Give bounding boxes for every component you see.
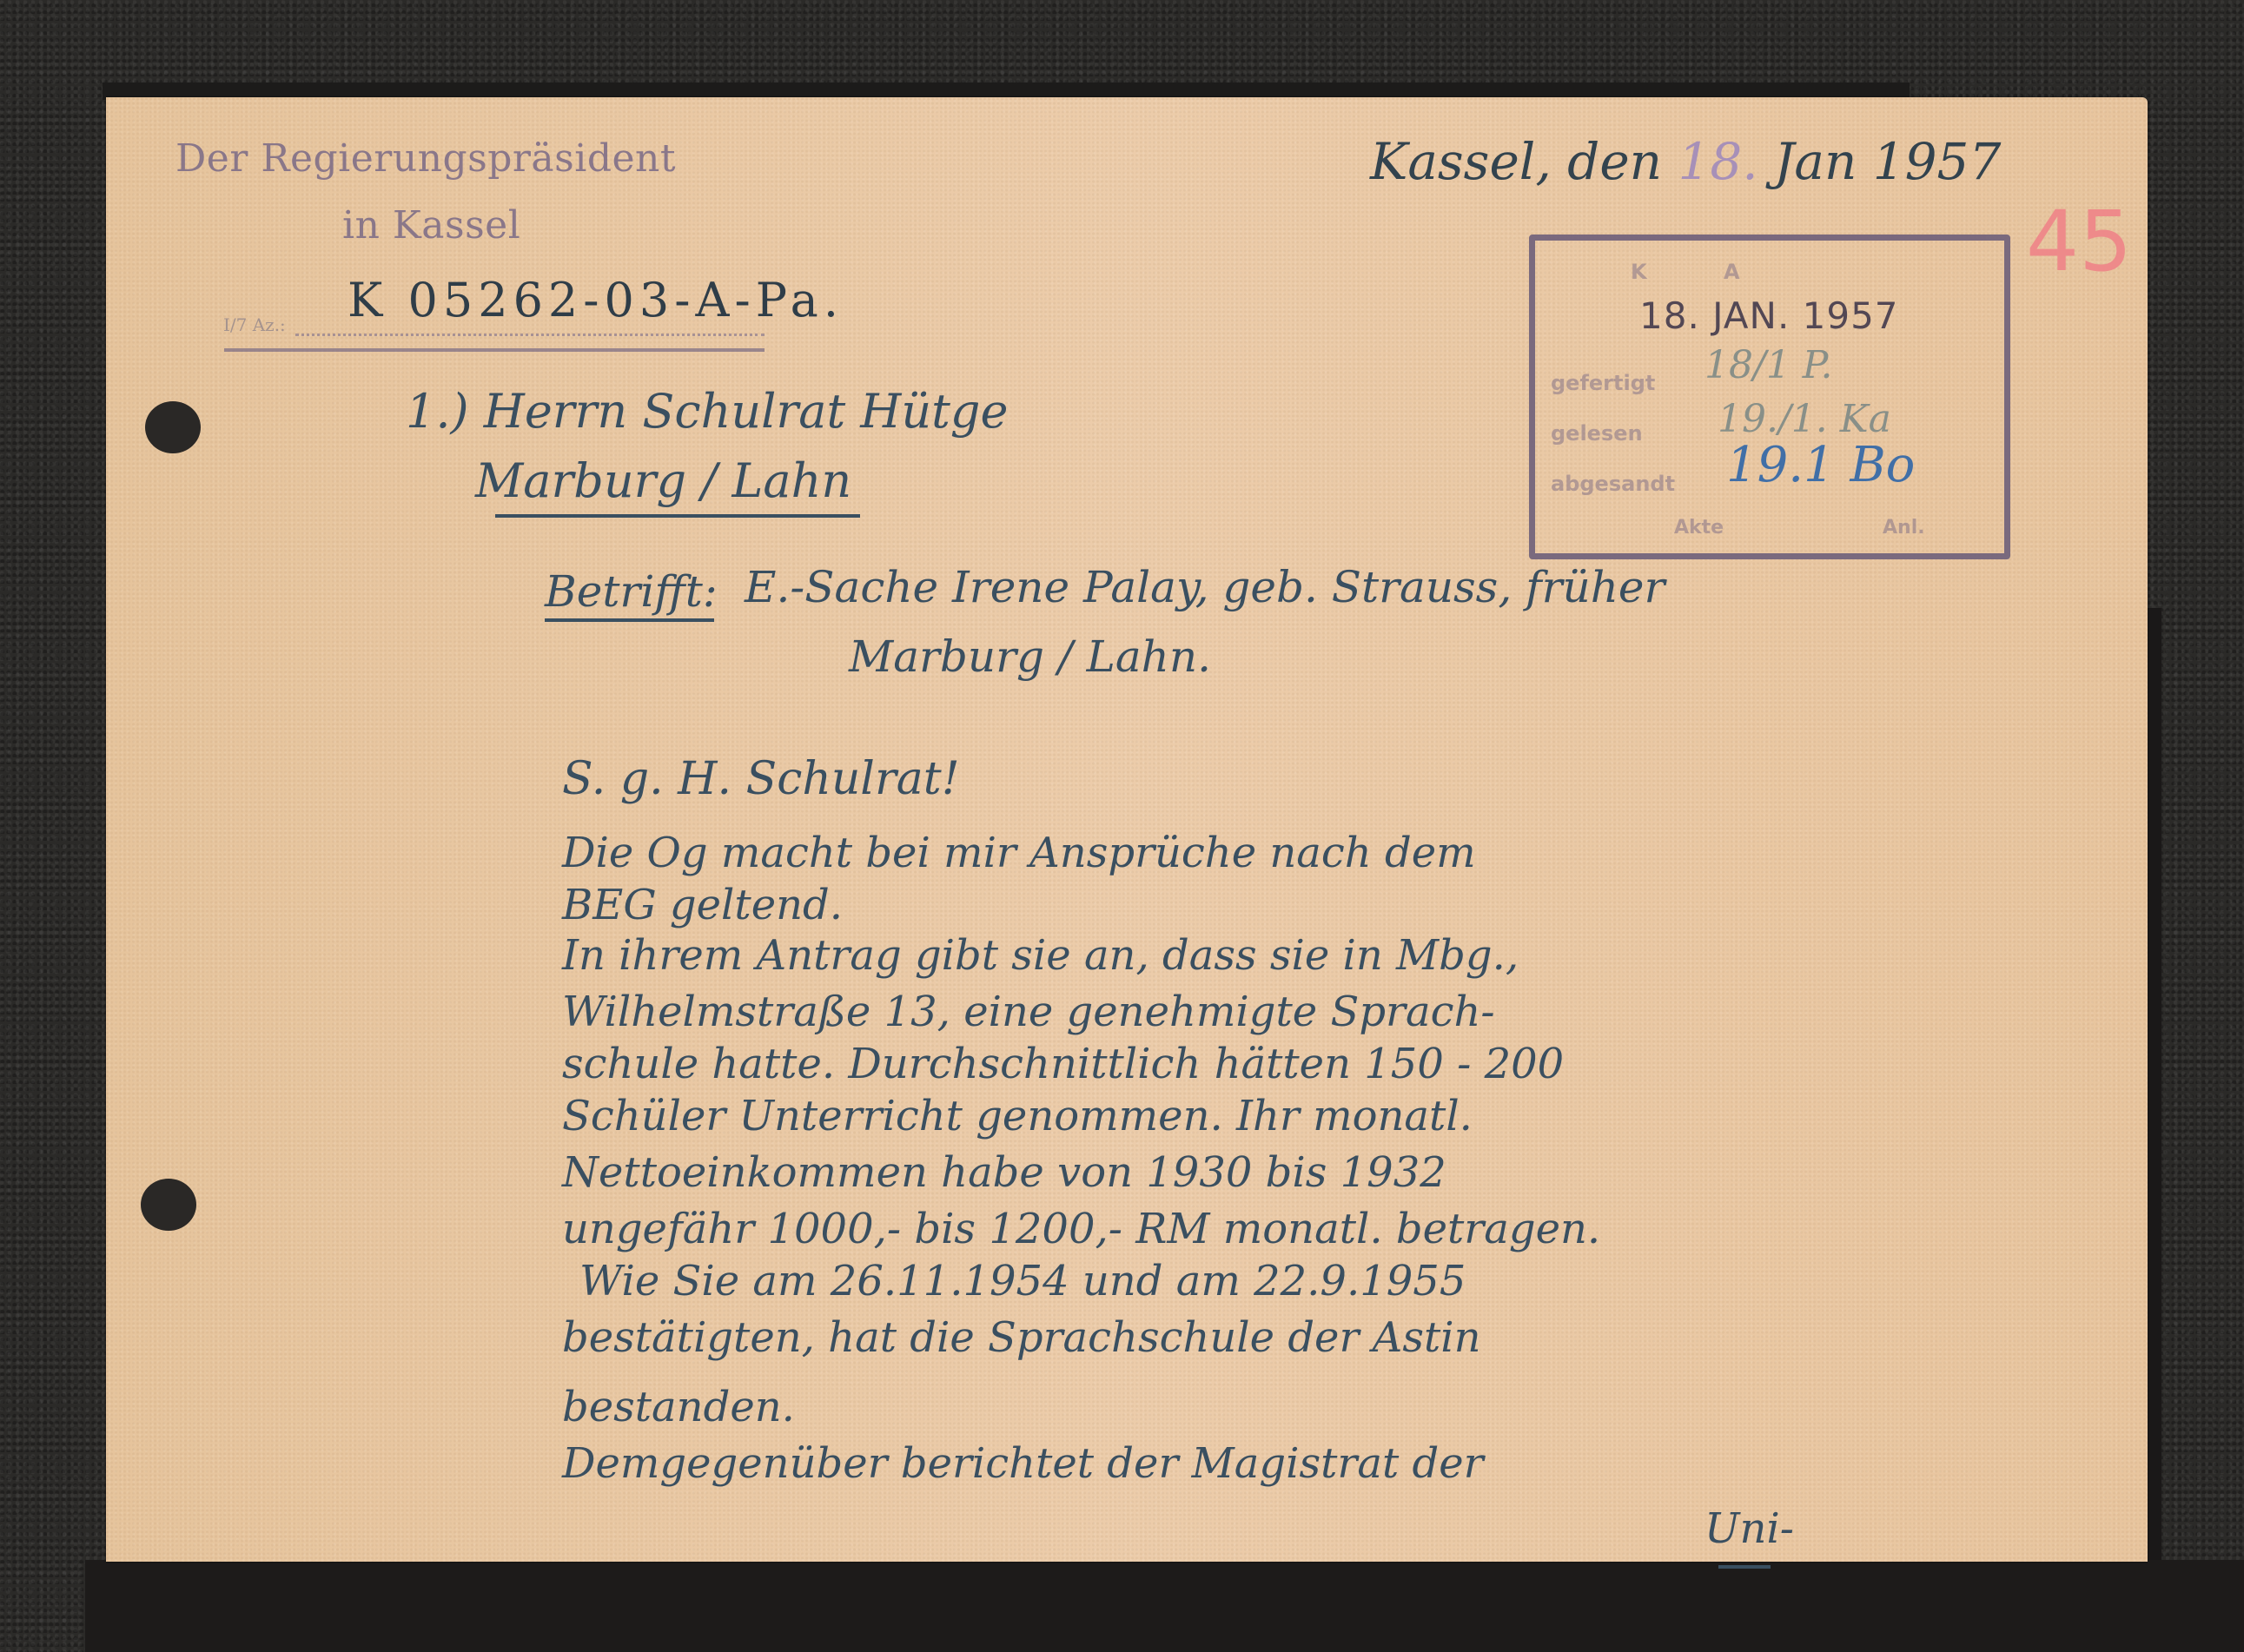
date-month-year: Jan 1957 <box>1774 132 2001 191</box>
receipt-field-value-2: 19./1. Ka <box>1718 397 1891 441</box>
place-date: Kassel, den 18. Jan 1957 <box>1370 132 2001 191</box>
body-line-10: bestätigten, hat die Sprachschule der As… <box>562 1313 1481 1362</box>
body-line-9: Wie Sie am 26.11.1954 und am 22.9.1955 <box>579 1257 1466 1305</box>
receipt-stamp-header: K A <box>1631 260 1775 284</box>
recipient-line-2: Marburg / Lahn <box>475 453 851 508</box>
punch-hole-bottom <box>141 1179 196 1231</box>
receipt-field-label-1: gefertigt <box>1551 371 1655 395</box>
subject-line-2: Marburg / Lahn. <box>849 631 1211 682</box>
punch-hole-top <box>145 401 201 453</box>
subject-label: Betrifft: <box>545 566 718 617</box>
subject-underline <box>545 618 714 622</box>
reference-number: K 05262-03-A-Pa. <box>348 273 844 327</box>
body-line-11: bestanden. <box>562 1383 795 1431</box>
body-line-13: Uni- <box>1705 1504 1794 1553</box>
receipt-stamp-date: 18. JAN. 1957 <box>1639 294 1899 337</box>
body-line-1: Die Og macht bei mir Ansprüche nach dem <box>562 829 1476 877</box>
body-line-4: Wilhelmstraße 13, eine genehmigte Sprach… <box>562 988 1495 1036</box>
receipt-stamp: K A 18. JAN. 1957 gefertigt 18/1 P. gele… <box>1529 235 2010 559</box>
date-place: Kassel <box>1370 132 1535 191</box>
receipt-field-value-1: 18/1 P. <box>1705 343 1832 387</box>
letterhead-rule <box>224 348 765 352</box>
date-connector: , den <box>1535 132 1662 191</box>
salutation: S. g. H. Schulrat! <box>562 753 960 805</box>
date-day: 18. <box>1678 132 1757 191</box>
body-line-3: In ihrem Antrag gibt sie an, dass sie in… <box>562 931 1519 980</box>
receipt-field-label-2: gelesen <box>1551 421 1643 446</box>
receipt-field-value-3: 19.1 Bo <box>1726 437 1915 493</box>
reference-dotted-line <box>295 334 765 336</box>
folio-number: 45 <box>2026 193 2132 290</box>
body-line-7: Nettoeinkommen habe von 1930 bis 1932 <box>562 1148 1446 1197</box>
body-line-2: BEG geltend. <box>562 881 843 929</box>
receipt-footer-left: Akte <box>1674 517 1724 539</box>
body-line-5: schule hatte. Durchschnittlich hätten 15… <box>562 1040 1564 1088</box>
receipt-footer-right: Anl. <box>1883 517 1925 539</box>
letterhead-line-1: Der Regierungspräsident <box>175 136 676 181</box>
recipient-line-1: 1.) Herrn Schulrat Hütge <box>406 384 1008 439</box>
letterhead-line-2: in Kassel <box>342 203 520 248</box>
subject-line-1: E.-Sache Irene Palay, geb. Strauss, früh… <box>745 562 1665 612</box>
receipt-field-label-3: abgesandt <box>1551 472 1675 496</box>
document-page: Der Regierungspräsident in Kassel I/7 Az… <box>106 97 2148 1562</box>
recipient-underline <box>495 514 860 518</box>
signature-underline <box>1718 1565 1771 1569</box>
mount-edge-bottom <box>85 1560 2244 1652</box>
body-line-12: Demgegenüber berichtet der Magistrat der <box>562 1439 1484 1488</box>
body-line-8: ungefähr 1000,- bis 1200,- RM monatl. be… <box>562 1205 1600 1253</box>
body-line-6: Schüler Unterricht genommen. Ihr monatl. <box>562 1092 1473 1140</box>
reference-label: I/7 Az.: <box>223 314 286 335</box>
